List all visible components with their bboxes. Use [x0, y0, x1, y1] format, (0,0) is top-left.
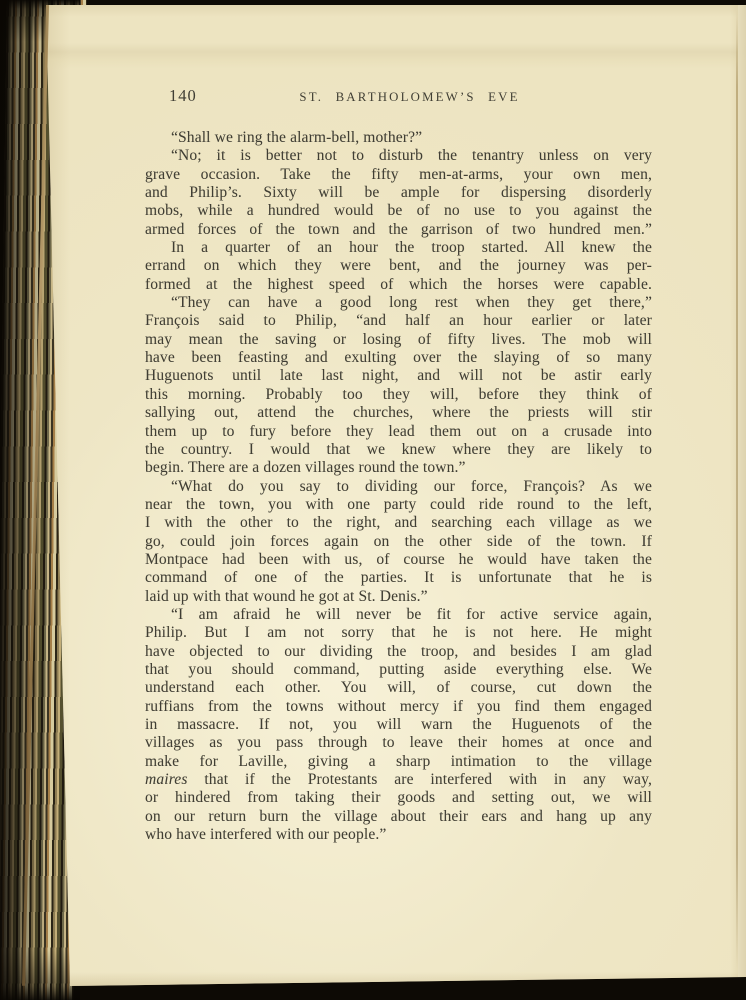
paragraph: “No; it is better not to disturb the ten… — [145, 147, 652, 239]
paragraph: “Shall we ring the alarm-bell, mother?” — [145, 129, 652, 147]
page-header: 140 ST. BARTHOLOMEW’S EVE — [145, 86, 652, 108]
text-line: have objected to our dividing the troop,… — [145, 643, 652, 661]
page-gutter-crease — [736, 10, 738, 968]
text-line: begin. There are a dozen villages round … — [145, 459, 652, 477]
text-line: Philip. But I am not sorry that he is no… — [145, 624, 652, 642]
text-line: or hindered from taking their goods and … — [145, 789, 652, 807]
text-line: the country. I would that we knew where … — [145, 441, 652, 459]
text-line: In a quarter of an hour the troop starte… — [145, 239, 652, 257]
text-line: “I am afraid he will never be fit for ac… — [145, 606, 652, 624]
text-line: have been feasting and exulting over the… — [145, 349, 652, 367]
text-line: near the town, you with one party could … — [145, 496, 652, 514]
text-line: grave occasion. Take the fifty men-at-ar… — [145, 166, 652, 184]
text-block: “Shall we ring the alarm-bell, mother?”“… — [145, 129, 652, 844]
text-segment: that if the Protestants are interfered w… — [188, 771, 652, 788]
text-line: in massacre. If not, you will warn the H… — [145, 716, 652, 734]
text-line: maires that if the Protestants are inter… — [145, 771, 652, 789]
text-line: who have interfered with our people.” — [145, 826, 652, 844]
text-line: “They can have a good long rest when the… — [145, 294, 652, 312]
text-line: mobs, while a hundred would be of no use… — [145, 202, 652, 220]
text-line: armed forces of the town and the garriso… — [145, 221, 652, 239]
text-line: “Shall we ring the alarm-bell, mother?” — [145, 129, 652, 147]
text-line: François said to Philip, “and half an ho… — [145, 312, 652, 330]
paragraph: “I am afraid he will never be fit for ac… — [145, 606, 652, 844]
text-line: on our return burn the village about the… — [145, 808, 652, 826]
text-line: I with the other to the right, and searc… — [145, 514, 652, 532]
text-line: villages as you pass through to leave th… — [145, 734, 652, 752]
text-line: “No; it is better not to disturb the ten… — [145, 147, 652, 165]
text-line: go, could join forces again on the other… — [145, 533, 652, 551]
text-line: may mean the saving or losing of fifty l… — [145, 331, 652, 349]
italic-text-segment: maires — [145, 771, 188, 788]
adjacent-page-sliver — [738, 5, 746, 977]
text-line: ruffians from the towns without mercy if… — [145, 698, 652, 716]
text-line: sallying out, attend the churches, where… — [145, 404, 652, 422]
paragraph: “What do you say to dividing our force, … — [145, 478, 652, 606]
text-line: Huguenots until late last night, and wil… — [145, 367, 652, 385]
text-line: make for Laville, giving a sharp intimat… — [145, 753, 652, 771]
text-line: command of one of the parties. It is unf… — [145, 569, 652, 587]
text-line: Montpace had been with us, of course he … — [145, 551, 652, 569]
page-content: 140 ST. BARTHOLOMEW’S EVE “Shall we ring… — [145, 0, 652, 1000]
text-line: and Philip’s. Sixty will be ample for di… — [145, 184, 652, 202]
text-line: formed at the highest speed of which the… — [145, 276, 652, 294]
paragraph: “They can have a good long rest when the… — [145, 294, 652, 477]
paragraph: In a quarter of an hour the troop starte… — [145, 239, 652, 294]
scanned-book-page: 140 ST. BARTHOLOMEW’S EVE “Shall we ring… — [0, 0, 746, 1000]
text-line: understand each other. You will, of cour… — [145, 679, 652, 697]
text-line: errand on which they were bent, and the … — [145, 257, 652, 275]
text-line: laid up with that wound he got at St. De… — [145, 588, 652, 606]
text-line: this morning. Probably too they will, be… — [145, 386, 652, 404]
text-line: that you should command, putting aside e… — [145, 661, 652, 679]
running-title: ST. BARTHOLOMEW’S EVE — [145, 90, 652, 105]
text-line: “What do you say to dividing our force, … — [145, 478, 652, 496]
text-line: them up to fury before they lead them ou… — [145, 423, 652, 441]
